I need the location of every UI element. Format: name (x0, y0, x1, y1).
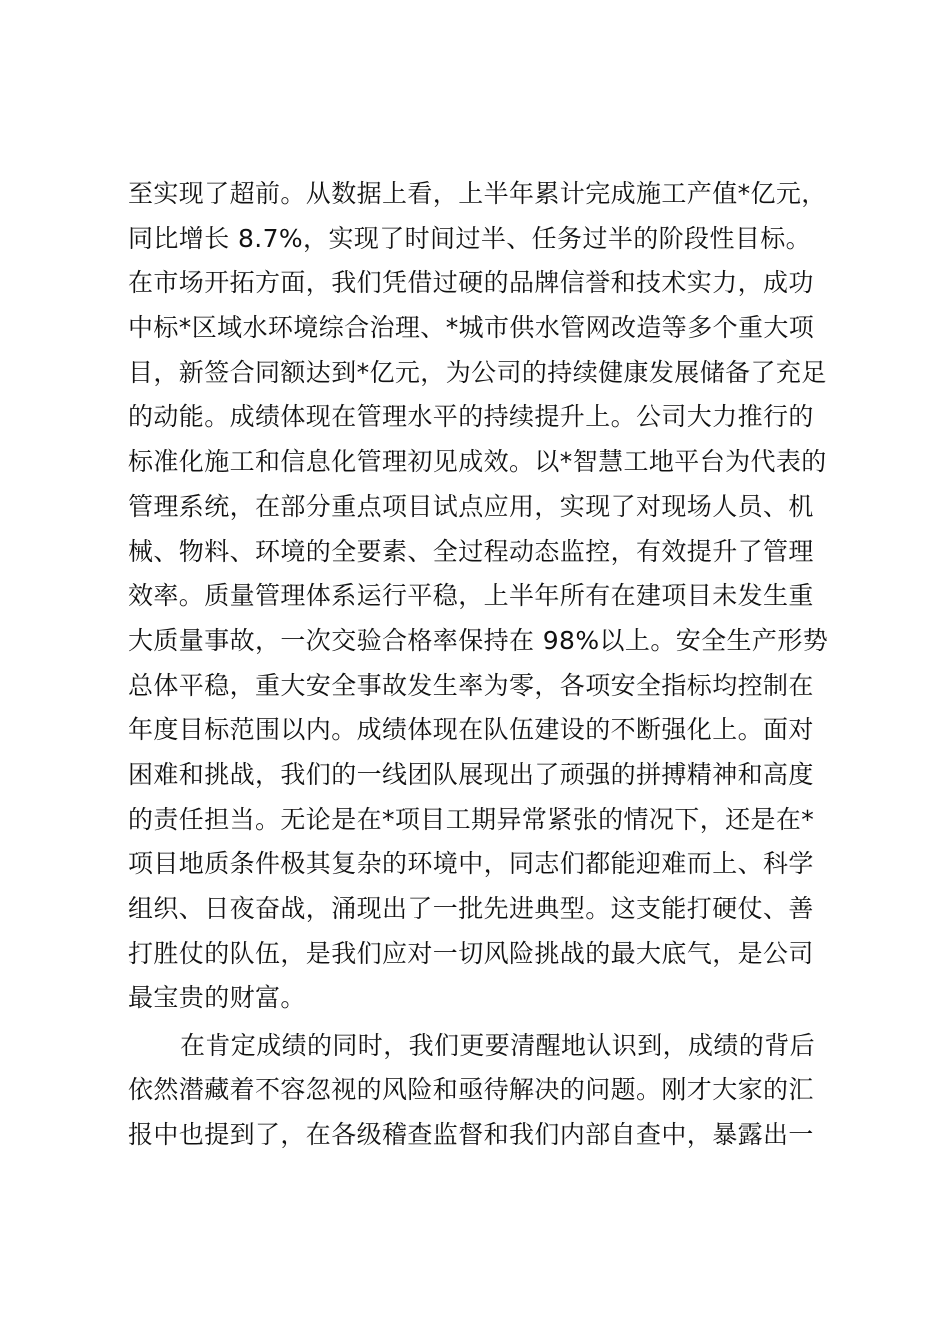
text-line: 依然潜藏着不容忽视的风险和亟待解决的问题。刚才大家的汇 (128, 1068, 848, 1113)
text-line: 在市场开拓方面，我们凭借过硬的品牌信誉和技术实力，成功 (128, 261, 848, 306)
text-line: 大质量事故，一次交验合格率保持在 98%以上。安全生产形势 (128, 619, 848, 664)
text-line: 同比增长 8.7%，实现了时间过半、任务过半的阶段性目标。 (128, 217, 848, 262)
text-line: 的动能。成绩体现在管理水平的持续提升上。公司大力推行的 (128, 395, 848, 440)
text-line: 的责任担当。无论是在*项目工期异常紧张的情况下，还是在* (128, 798, 848, 843)
text-line: 中标*区域水环境综合治理、*城市供水管网改造等多个重大项 (128, 306, 848, 351)
text-line: 管理系统，在部分重点项目试点应用，实现了对现场人员、机 (128, 485, 848, 530)
text-line: 项目地质条件极其复杂的环境中，同志们都能迎难而上、科学 (128, 842, 848, 887)
text-line: 报中也提到了，在各级稽查监督和我们内部自查中，暴露出一 (128, 1113, 848, 1158)
document-page: 至实现了超前。从数据上看，上半年累计完成施工产值*亿元， 同比增长 8.7%，实… (0, 0, 950, 1344)
text-line: 总体平稳，重大安全事故发生率为零，各项安全指标均控制在 (128, 664, 848, 709)
text-line: 组织、日夜奋战，涌现出了一批先进典型。这支能打硬仗、善 (128, 887, 848, 932)
paragraph-risks: 在肯定成绩的同时，我们更要清醒地认识到，成绩的背后 依然潜藏着不容忽视的风险和亟… (128, 1024, 848, 1158)
text-line: 标准化施工和信息化管理初见成效。以*智慧工地平台为代表的 (128, 440, 848, 485)
paragraph-achievements: 至实现了超前。从数据上看，上半年累计完成施工产值*亿元， 同比增长 8.7%，实… (128, 172, 848, 1021)
text-line: 打胜仗的队伍，是我们应对一切风险挑战的最大底气，是公司 (128, 932, 848, 977)
document-body: 至实现了超前。从数据上看，上半年累计完成施工产值*亿元， 同比增长 8.7%，实… (128, 172, 848, 1158)
text-line: 至实现了超前。从数据上看，上半年累计完成施工产值*亿元， (128, 172, 848, 217)
text-line: 械、物料、环境的全要素、全过程动态监控，有效提升了管理 (128, 530, 848, 575)
text-line: 困难和挑战，我们的一线团队展现出了顽强的拼搏精神和高度 (128, 753, 848, 798)
text-line-indented: 在肯定成绩的同时，我们更要清醒地认识到，成绩的背后 (128, 1024, 848, 1069)
text-line: 目，新签合同额达到*亿元，为公司的持续健康发展储备了充足 (128, 351, 848, 396)
text-line: 最宝贵的财富。 (128, 976, 848, 1021)
text-line: 效率。质量管理体系运行平稳，上半年所有在建项目未发生重 (128, 574, 848, 619)
text-line: 年度目标范围以内。成绩体现在队伍建设的不断强化上。面对 (128, 708, 848, 753)
